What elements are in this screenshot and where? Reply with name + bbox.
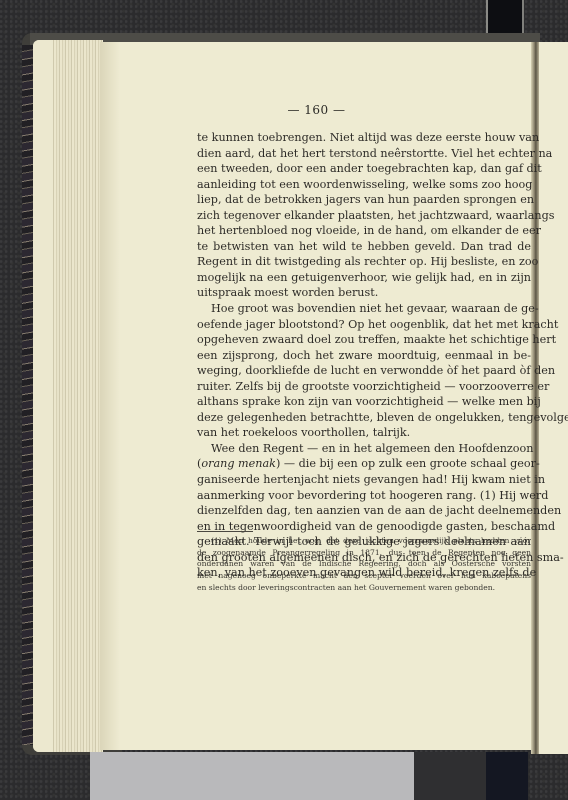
text-line: aanleiding tot een woordenwisseling, wel… <box>197 177 531 193</box>
text-line: van het roekeloos voorthollen, talrijk. <box>197 425 531 441</box>
footnote-rule <box>197 531 253 532</box>
text-line: uitspraak moest worden berust. <box>197 285 531 301</box>
text-line: weging, doorkliefde de lucht en verwondd… <box>197 363 531 379</box>
text-line: Wee den Regent — en in het algemeen den … <box>197 441 531 457</box>
text-line: ganiseerde hertenjacht niets gevangen ha… <box>197 472 531 488</box>
footnote-line: de zoogenaamde Preangerregeling in 1871,… <box>197 547 531 559</box>
text-line: het hertenbloed nog vloeide, in de hand,… <box>197 223 531 239</box>
text-line: Hoe groot was bovendien niet het gevaar,… <box>197 301 531 317</box>
text-line: althans sprake kon zijn van voorzichtigh… <box>197 394 531 410</box>
text-line: dien aard, dat het hert terstond neêrsto… <box>197 146 531 162</box>
body-text: te kunnen toebrengen. Niet altijd was de… <box>197 130 531 581</box>
italic-phrase: orang menak <box>201 457 276 470</box>
text-line: liep, dat de betrokken jagers van hun pa… <box>197 192 531 208</box>
footnote-line: en slechts door leveringscontracten aan … <box>197 582 531 594</box>
text-line: opgeheven zwaard doel zou treffen, maakt… <box>197 332 531 348</box>
footnote: (1) Men houde in het oog, dat deze jacht… <box>197 535 531 594</box>
page-stack-outer-edge <box>33 40 53 752</box>
text-line: oefende jager blootstond? Op het oogenbl… <box>197 317 531 333</box>
text-line: een tweeden, door een ander toegebrachte… <box>197 161 531 177</box>
text-line: dienzelfden dag, ten aanzien van de aan … <box>197 503 531 519</box>
text-line: deze gelegenheden betrachtte, bleven de … <box>197 410 531 426</box>
text-line: aanmerking voor bevordering tot hoogeren… <box>197 488 531 504</box>
text-line: mogelijk na een getuigenverhoor, wie gel… <box>197 270 531 286</box>
page-shadow <box>100 42 120 750</box>
text-line: een zijsprong, doch het zware moordtuig,… <box>197 348 531 364</box>
footnote-line: onderdanen waren van de Indische Regeeri… <box>197 558 531 570</box>
footnote-line: (1) Men houde in het oog, dat deze jacht… <box>197 535 531 547</box>
footnote-line: met nagenoeg onbeperkte macht den scepte… <box>197 570 531 582</box>
text-line: te kunnen toebrengen. Niet altijd was de… <box>197 130 531 146</box>
bottom-dark-area <box>414 752 486 800</box>
text-line: zich tegenover elkander plaatsten, het j… <box>197 208 531 224</box>
text-line-with-italic: (orang menak) — die bij een op zulk een … <box>197 456 531 472</box>
text-line: ruiter. Zelfs bij de grootste voorzichti… <box>197 379 531 395</box>
page-number: — 160 — <box>100 103 533 117</box>
text-line: Regent in dit twistgeding als rechter op… <box>197 254 531 270</box>
bottom-grey-cloth <box>90 752 414 800</box>
bottom-navy-strip <box>486 752 528 800</box>
text-line: te betwisten van het wild te hebben geve… <box>197 239 531 255</box>
